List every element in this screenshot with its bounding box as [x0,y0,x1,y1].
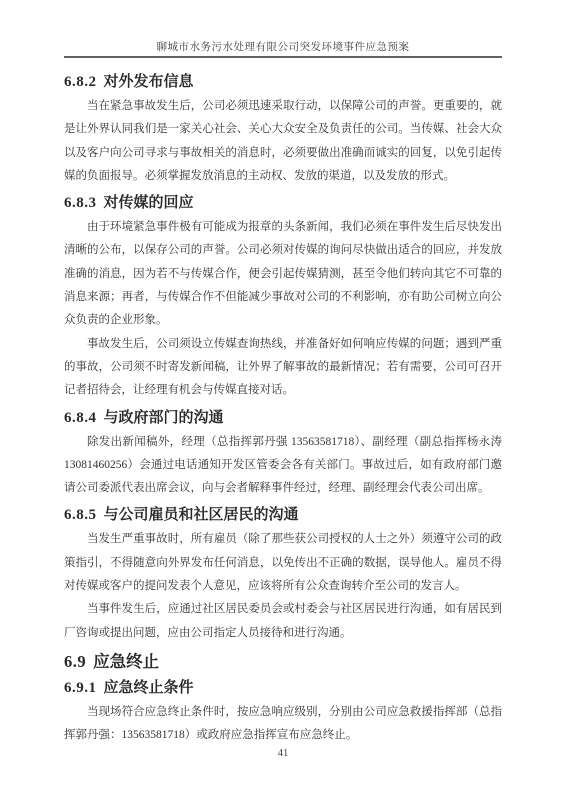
section-number: 6.8.3 [64,195,97,211]
document-page: 聊城市水务污水处理有限公司突发环境事件应急预案 6.8.2对外发布信息 当在紧急… [0,0,566,800]
paragraph: 由于环境紧急事件极有可能成为报章的头条新闻，我们必须在事件发生后尽快发出清晰的公… [64,216,502,332]
section-heading-6-8-2: 6.8.2对外发布信息 [64,74,502,91]
section-title: 与公司雇员和社区居民的沟通 [104,507,299,523]
section-heading-6-9-1: 6.9.1应急终止条件 [64,680,502,697]
page-number: 41 [0,748,566,759]
section-number: 6.9.1 [64,680,97,696]
section-heading-6-8-5: 6.8.5与公司雇员和社区居民的沟通 [64,507,502,524]
paragraph: 当现场符合应急终止条件时，按应急响应级别，分别由公司应急救援指挥部（总指挥郭丹强… [64,701,502,748]
section-number: 6.9 [64,652,86,671]
section-title: 应急终止 [93,652,159,671]
section-title: 对外发布信息 [104,74,194,90]
section-title: 与政府部门的沟通 [104,410,224,426]
section-title: 应急终止条件 [104,680,194,696]
section-number: 6.8.4 [64,410,97,426]
section-heading-6-8-3: 6.8.3对传媒的回应 [64,195,502,212]
section-title: 对传媒的回应 [104,195,194,211]
paragraph: 当事件发生后，应通过社区居民委员会或村委会与社区居民进行沟通，如有居民到厂咨询或… [64,598,502,645]
document-content: 6.8.2对外发布信息 当在紧急事故发生后，公司必须迅速采取行动，以保障公司的声… [64,74,502,748]
paragraph: 除发出新闻稿外，经理（总指挥郭丹强 13563581718）、副经理（副总指挥杨… [64,431,502,501]
paragraph: 当在紧急事故发生后，公司必须迅速采取行动，以保障公司的声誉。更重要的，就是让外界… [64,95,502,188]
page-header: 聊城市水务污水处理有限公司突发环境事件应急预案 [64,0,502,58]
section-heading-6-8-4: 6.8.4与政府部门的沟通 [64,410,502,427]
header-title: 聊城市水务污水处理有限公司突发环境事件应急预案 [64,41,502,54]
header-divider [64,56,502,58]
paragraph: 事故发生后，公司须设立传媒查询热线，并准备好如何响应传媒的问题；遇到严重的事故，… [64,333,502,403]
section-number: 6.8.2 [64,74,97,90]
section-number: 6.8.5 [64,507,97,523]
section-heading-6-9: 6.9应急终止 [64,652,502,671]
paragraph: 当发生严重事故时，所有雇员（除了那些获公司授权的人士之外）须遵守公司的政策指引，… [64,528,502,598]
